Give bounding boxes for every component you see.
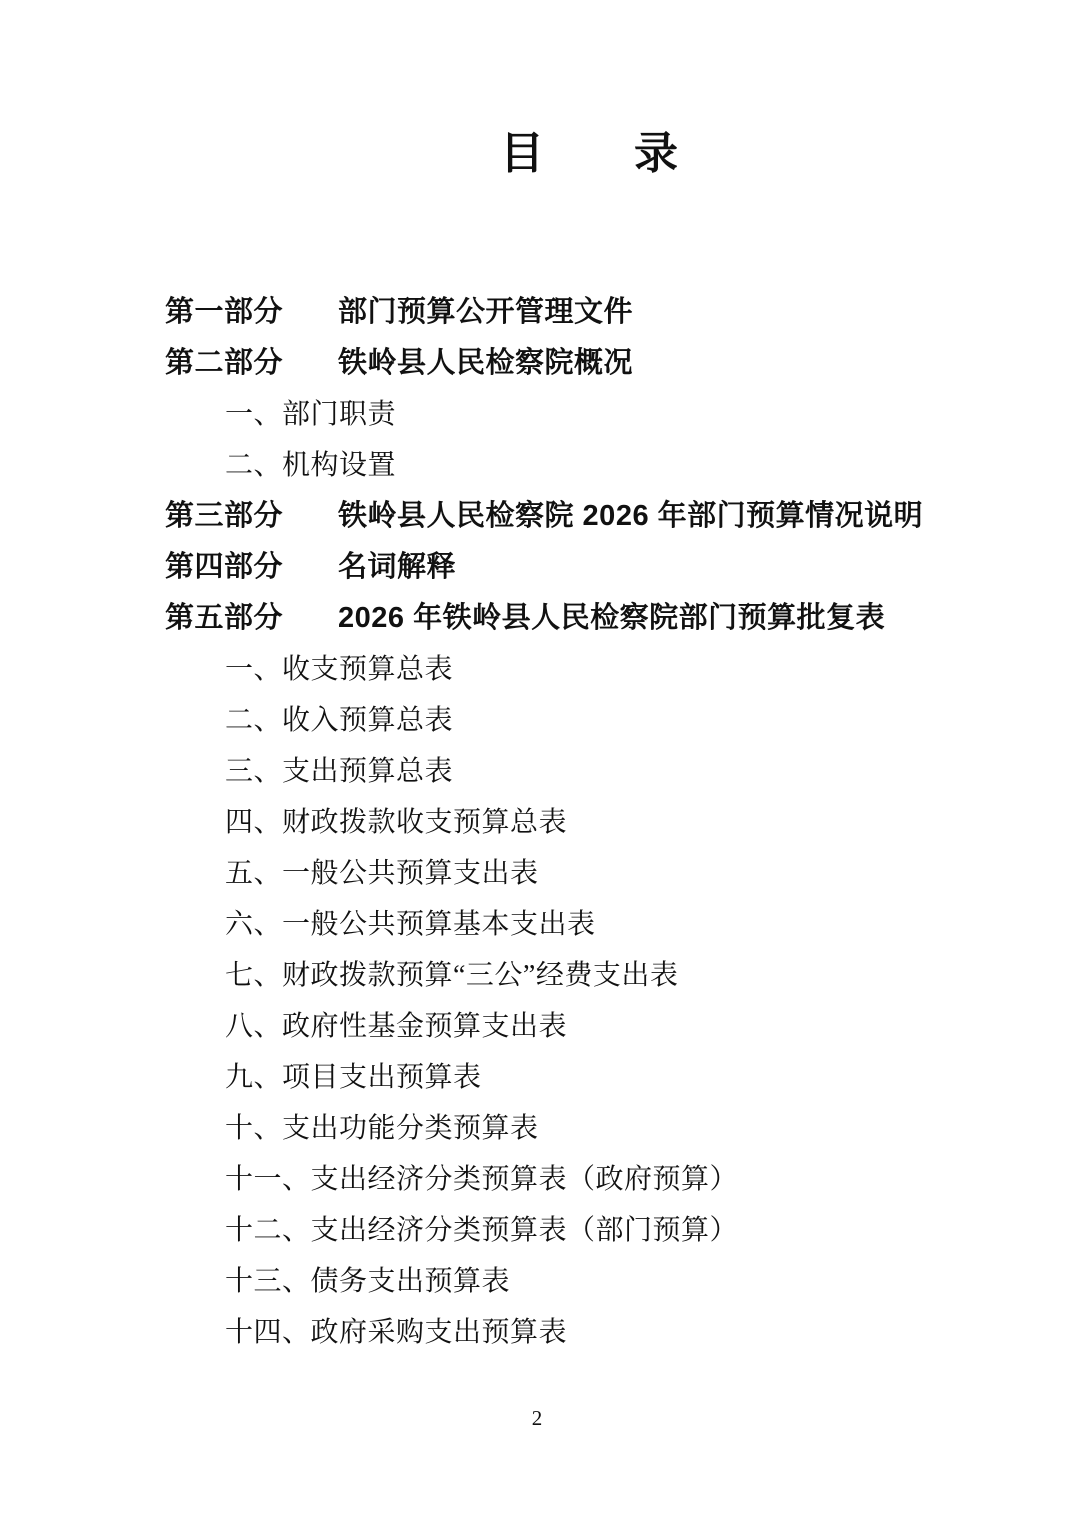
toc-item-title: 二、机构设置	[225, 450, 396, 481]
toc-item-title: 十四、政府采购支出预算表	[225, 1317, 567, 1348]
toc-item-entry: 一、收支预算总表	[165, 644, 1014, 695]
toc-part-title: 2026 年铁岭县人民检察院部门预算批复表	[338, 593, 885, 644]
toc-item-entry: 八、政府性基金预算支出表	[165, 1001, 1014, 1052]
toc-item-title: 八、政府性基金预算支出表	[225, 1011, 567, 1042]
toc-item-title: 五、一般公共预算支出表	[225, 858, 539, 889]
table-of-contents: 第一部分 部门预算公开管理文件 第二部分 铁岭县人民检察院概况 一、部门职责 二…	[165, 287, 1014, 1358]
toc-part-entry: 第二部分 铁岭县人民检察院概况	[165, 338, 1014, 389]
toc-part-entry: 第三部分 铁岭县人民检察院 2026 年部门预算情况说明	[165, 491, 1014, 542]
toc-item-entry: 十四、政府采购支出预算表	[165, 1307, 1014, 1358]
toc-item-title: 三、支出预算总表	[225, 756, 453, 787]
toc-part-entry: 第一部分 部门预算公开管理文件	[165, 287, 1014, 338]
toc-item-entry: 三、支出预算总表	[165, 746, 1014, 797]
toc-part-title: 部门预算公开管理文件	[338, 287, 633, 338]
toc-item-title: 四、财政拨款收支预算总表	[225, 807, 567, 838]
toc-item-entry: 六、一般公共预算基本支出表	[165, 899, 1014, 950]
toc-item-title: 一、收支预算总表	[225, 654, 453, 685]
toc-item-entry: 十三、债务支出预算表	[165, 1256, 1014, 1307]
toc-item-title: 十二、支出经济分类预算表（部门预算）	[225, 1215, 738, 1246]
toc-part-entry: 第四部分 名词解释	[165, 542, 1014, 593]
toc-item-title: 十、支出功能分类预算表	[225, 1113, 539, 1144]
toc-item-title: 二、收入预算总表	[225, 705, 453, 736]
toc-part-label: 第一部分	[165, 287, 338, 338]
toc-item-title: 十三、债务支出预算表	[225, 1266, 510, 1297]
toc-item-title: 十一、支出经济分类预算表（政府预算）	[225, 1164, 738, 1195]
toc-part-title: 名词解释	[338, 542, 456, 593]
toc-item-entry: 十、支出功能分类预算表	[165, 1103, 1014, 1154]
toc-part-title: 铁岭县人民检察院 2026 年部门预算情况说明	[338, 491, 923, 542]
toc-item-entry: 二、收入预算总表	[165, 695, 1014, 746]
page-title-char-1: 目	[500, 124, 544, 184]
toc-item-title: 九、项目支出预算表	[225, 1062, 482, 1093]
toc-item-entry: 一、部门职责	[165, 389, 1014, 440]
toc-item-title: 六、一般公共预算基本支出表	[225, 909, 596, 940]
toc-part-label: 第五部分	[165, 593, 338, 644]
toc-item-title: 七、财政拨款预算“三公”经费支出表	[225, 960, 678, 991]
toc-part-title: 铁岭县人民检察院概况	[338, 338, 633, 389]
toc-item-entry: 七、财政拨款预算“三公”经费支出表	[165, 950, 1014, 1001]
toc-item-entry: 四、财政拨款收支预算总表	[165, 797, 1014, 848]
toc-part-label: 第二部分	[165, 338, 338, 389]
toc-part-entry: 第五部分 2026 年铁岭县人民检察院部门预算批复表	[165, 593, 1014, 644]
page-title: 目 录	[500, 124, 678, 184]
toc-item-entry: 十二、支出经济分类预算表（部门预算）	[165, 1205, 1014, 1256]
page-number: 2	[0, 1403, 1074, 1433]
toc-item-entry: 九、项目支出预算表	[165, 1052, 1014, 1103]
toc-part-label: 第四部分	[165, 542, 338, 593]
toc-item-entry: 二、机构设置	[165, 440, 1014, 491]
toc-item-entry: 五、一般公共预算支出表	[165, 848, 1014, 899]
document-page: 目 录 第一部分 部门预算公开管理文件 第二部分 铁岭县人民检察院概况 一、部门…	[0, 0, 1074, 1520]
toc-item-title: 一、部门职责	[225, 399, 396, 430]
toc-item-entry: 十一、支出经济分类预算表（政府预算）	[165, 1154, 1014, 1205]
page-title-char-2: 录	[634, 124, 678, 184]
toc-part-label: 第三部分	[165, 491, 338, 542]
